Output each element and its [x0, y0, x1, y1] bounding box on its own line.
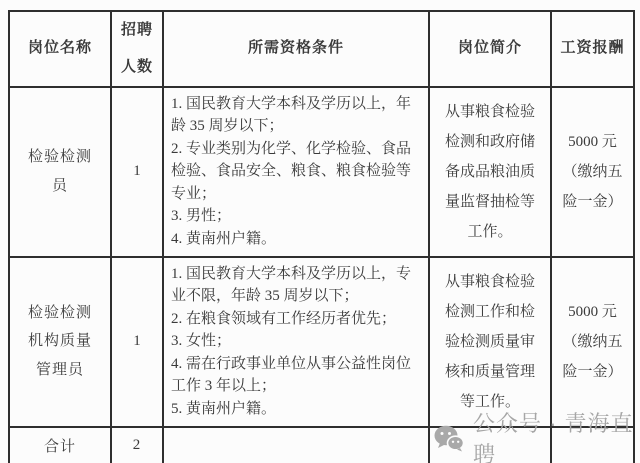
footer-empty-cell	[163, 427, 429, 463]
header-qualifications: 所需资格条件	[163, 11, 429, 87]
position-cell: 检验检测机构质量管理员	[9, 257, 111, 427]
summary-cell: 从事粮食检验检测和政府储备成品粮油质量监督抽检等工作。	[429, 87, 551, 257]
qualifications-cell: 1. 国民教育大学本科及学历以上，专业不限，年龄 35 周岁以下； 2. 在粮食…	[163, 257, 429, 427]
qualifications-cell: 1. 国民教育大学本科及学历以上，年龄 35 周岁以下； 2. 专业类别为化学、…	[163, 87, 429, 257]
salary-cell: 5000 元 （缴纳五 险一金）	[551, 257, 634, 427]
header-headcount: 招聘 人数	[111, 11, 163, 87]
footer-empty-cell	[551, 427, 634, 463]
table-header-row: 岗位名称 招聘 人数 所需资格条件 岗位简介 工资报酬	[9, 11, 634, 87]
table-footer-row: 合计 2	[9, 427, 634, 463]
header-salary: 工资报酬	[551, 11, 634, 87]
table-row: 检验检测员 1 1. 国民教育大学本科及学历以上，年龄 35 周岁以下； 2. …	[9, 87, 634, 257]
salary-cell: 5000 元 （缴纳五 险一金）	[551, 87, 634, 257]
position-cell: 检验检测员	[9, 87, 111, 257]
headcount-cell: 1	[111, 87, 163, 257]
footer-empty-cell	[429, 427, 551, 463]
header-position: 岗位名称	[9, 11, 111, 87]
table-row: 检验检测机构质量管理员 1 1. 国民教育大学本科及学历以上，专业不限，年龄 3…	[9, 257, 634, 427]
footer-total-cell: 2	[111, 427, 163, 463]
header-summary: 岗位简介	[429, 11, 551, 87]
recruitment-table: 岗位名称 招聘 人数 所需资格条件 岗位简介 工资报酬 检验检测员 1 1. 国…	[8, 10, 635, 463]
summary-cell: 从事粮食检验检测工作和检验检测质量审核和质量管理等工作。	[429, 257, 551, 427]
headcount-cell: 1	[111, 257, 163, 427]
footer-label-cell: 合计	[9, 427, 111, 463]
